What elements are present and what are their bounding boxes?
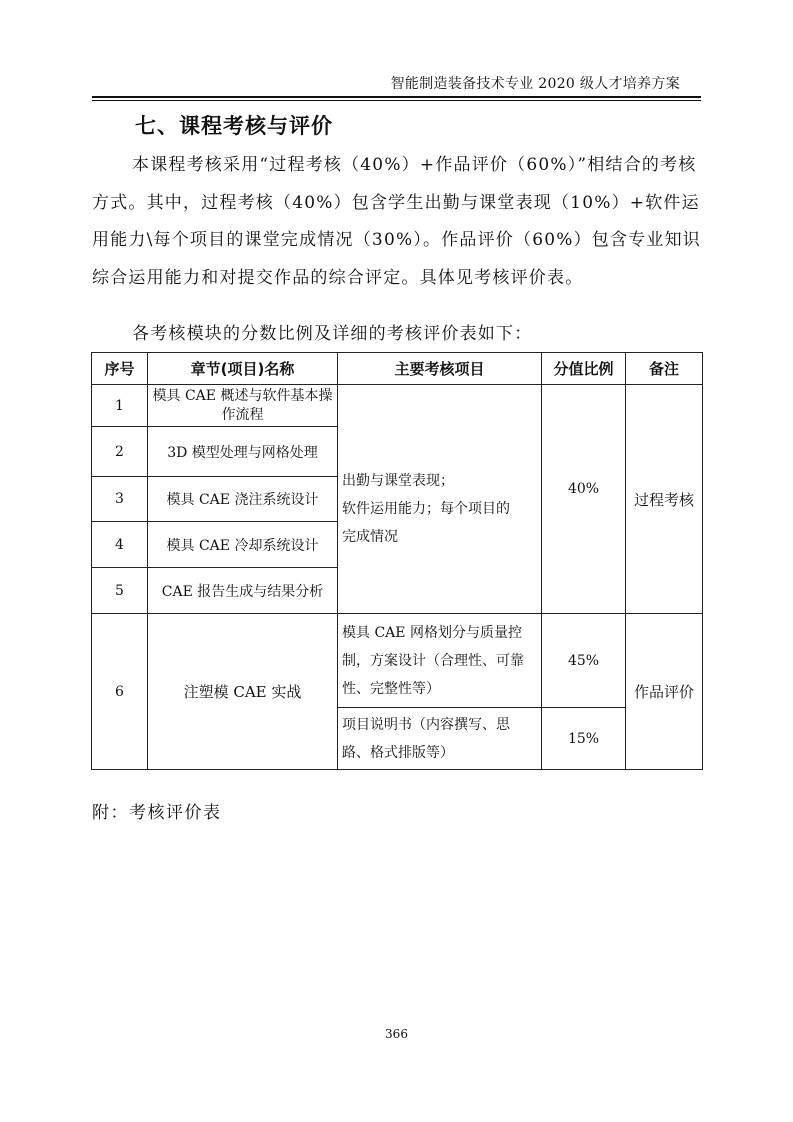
col-header-no: 序号 xyxy=(92,353,148,385)
table-row: 6 注塑模 CAE 实战 模具 CAE 网格划分与质量控制，方案设计（合理性、可… xyxy=(92,614,703,708)
row-no: 3 xyxy=(92,477,148,522)
row-name: 3D 模型处理与网格处理 xyxy=(148,427,338,477)
appendix-note: 附：考核评价表 xyxy=(92,798,222,823)
row-name: 注塑模 CAE 实战 xyxy=(148,614,338,770)
col-header-items: 主要考核项目 xyxy=(338,353,542,385)
row-no: 1 xyxy=(92,385,148,427)
row-no: 5 xyxy=(92,568,148,614)
row-no: 2 xyxy=(92,427,148,477)
items-line: 完成情况 xyxy=(342,523,537,551)
work-item-a: 模具 CAE 网格划分与质量控制，方案设计（合理性、可靠性、完整性等） xyxy=(338,614,542,708)
row-name: CAE 报告生成与结果分析 xyxy=(148,568,338,614)
work-item-b: 项目说明书（内容撰写、思路、格式排版等） xyxy=(338,708,542,770)
body-paragraph: 本课程考核采用“过程考核（40%）+作品评价（60%）”相结合的考核方式。其中，… xyxy=(92,147,702,297)
col-header-ratio: 分值比例 xyxy=(542,353,626,385)
items-line: 出勤与课堂表现； xyxy=(342,467,537,495)
process-assessment-items: 出勤与课堂表现； 软件运用能力；每个项目的 完成情况 xyxy=(338,385,542,614)
header-rule-thin xyxy=(92,100,701,101)
row-name: 模具 CAE 浇注系统设计 xyxy=(148,477,338,522)
running-header: 智能制造装备技术专业 2020 级人才培养方案 xyxy=(391,73,680,93)
process-note: 过程考核 xyxy=(626,385,703,614)
work-note: 作品评价 xyxy=(626,614,703,770)
table-intro: 各考核模块的分数比例及详细的考核评价表如下： xyxy=(132,316,742,354)
col-header-note: 备注 xyxy=(626,353,703,385)
section-title: 七、课程考核与评价 xyxy=(135,110,333,140)
row-no: 4 xyxy=(92,522,148,568)
work-ratio-a: 45% xyxy=(542,614,626,708)
header-rule xyxy=(92,96,701,98)
table-row: 1 模具 CAE 概述与软件基本操作流程 出勤与课堂表现； 软件运用能力；每个项… xyxy=(92,385,703,427)
row-name: 模具 CAE 概述与软件基本操作流程 xyxy=(148,385,338,427)
work-ratio-b: 15% xyxy=(542,708,626,770)
assessment-table: 序号 章节(项目)名称 主要考核项目 分值比例 备注 1 模具 CAE 概述与软… xyxy=(91,352,703,770)
page-number: 366 xyxy=(0,1027,793,1041)
table-header-row: 序号 章节(项目)名称 主要考核项目 分值比例 备注 xyxy=(92,353,703,385)
row-name: 模具 CAE 冷却系统设计 xyxy=(148,522,338,568)
col-header-name: 章节(项目)名称 xyxy=(148,353,338,385)
row-no: 6 xyxy=(92,614,148,770)
process-ratio: 40% xyxy=(542,385,626,614)
items-line: 软件运用能力；每个项目的 xyxy=(342,495,537,523)
